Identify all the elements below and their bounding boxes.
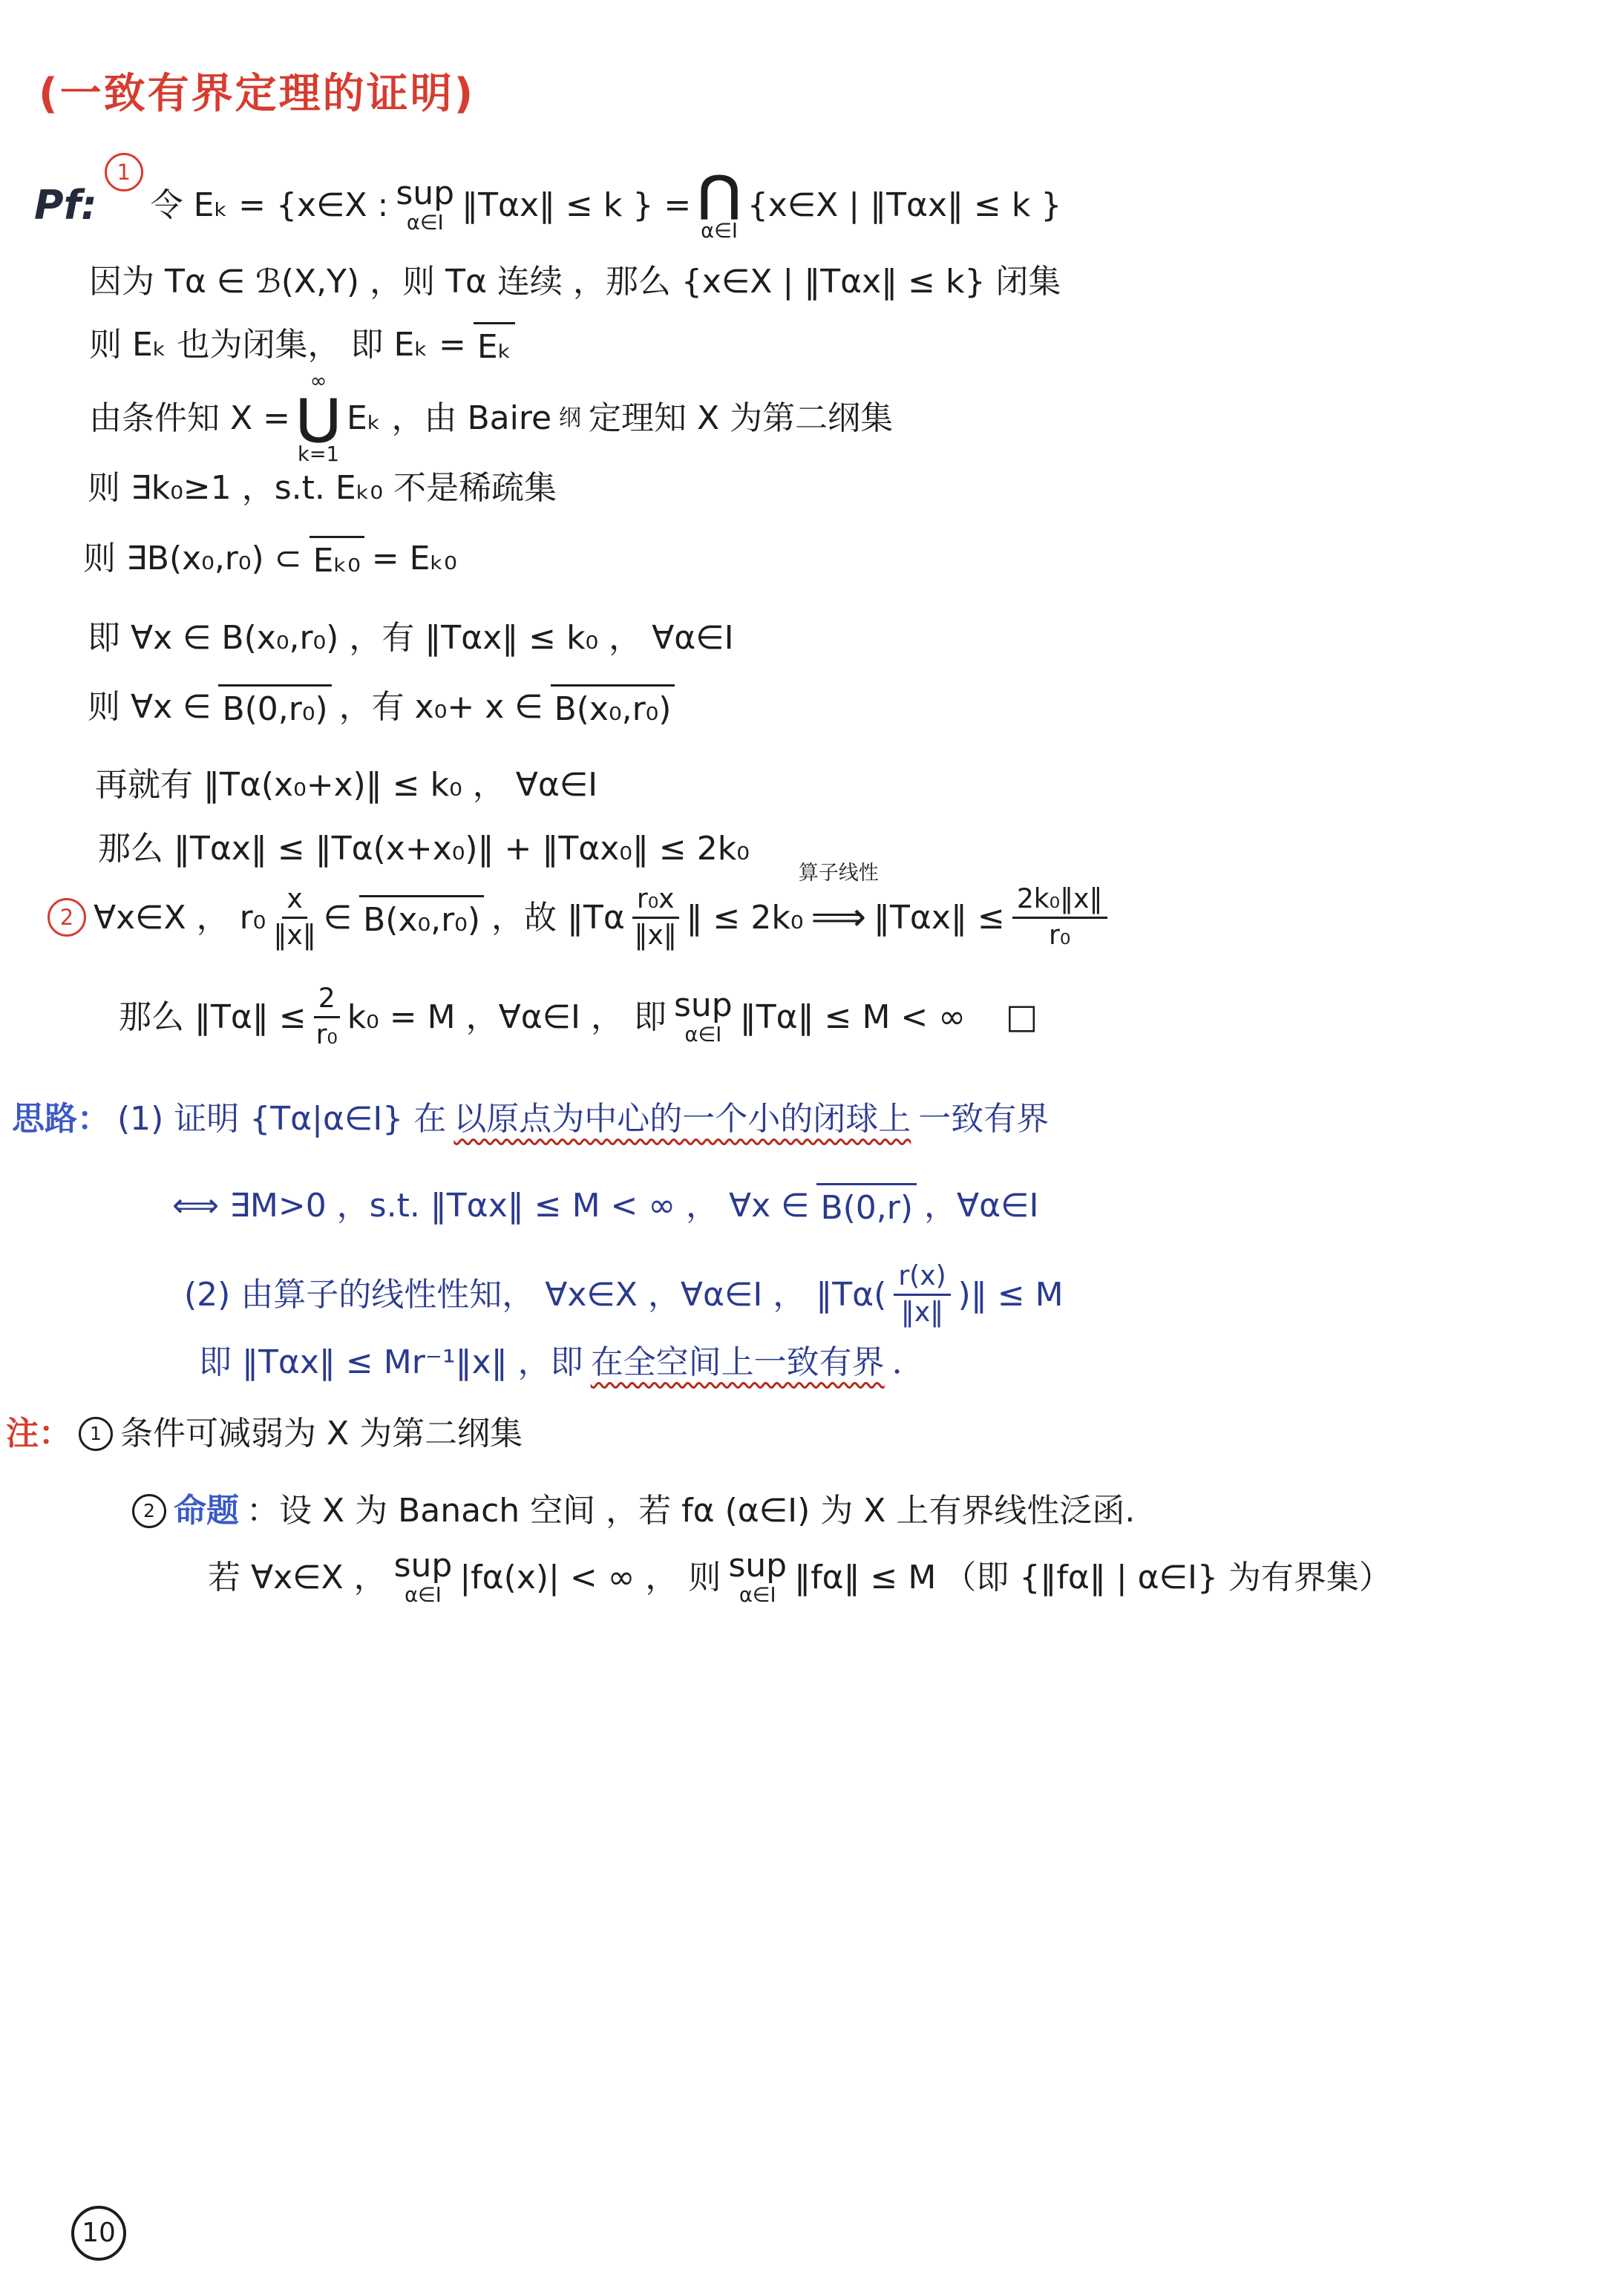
closure-term: B(x₀,r₀)	[359, 895, 484, 940]
proof-line-11: 2 ∀x∈X ， r₀ x ‖x‖ ∈ B(x₀,r₀) ，故 ‖Tα r₀x …	[48, 885, 1107, 950]
math-text: 由条件知 X =	[89, 398, 290, 439]
step-1-badge: 1	[105, 153, 143, 191]
intersection-index: α∈I	[701, 221, 738, 241]
math-text: ∀x∈X ， r₀	[94, 897, 266, 938]
idea-underlined-text: 以原点为中心的一个小的闭球上	[454, 1098, 911, 1139]
math-text: Eₖ ，由 Baire	[347, 398, 551, 439]
title-text: (一致有界定理的证明)	[39, 68, 475, 120]
idea-underlined-text: 在全空间上一致有界	[591, 1342, 885, 1383]
note-1-badge: 1	[79, 1417, 113, 1451]
intersection-symbol: ⋂	[698, 169, 740, 218]
sup-operator: sup α∈I	[728, 1550, 787, 1605]
step-2-badge: 2	[48, 898, 86, 937]
note-2-badge: 2	[132, 1494, 166, 1528]
note-text: |fα(x)| < ∞ ， 则	[459, 1557, 721, 1598]
note-paren-text: （即 {‖fα‖ | α∈I} 为有界集）	[943, 1557, 1392, 1598]
arrow-annotation: 算子线性	[799, 861, 879, 886]
proof-line-9: 再就有 ‖Tα(x₀+x)‖ ≤ k₀ ， ∀α∈I	[95, 764, 597, 805]
math-text: ，有 x₀+ x ∈	[339, 687, 543, 727]
math-text: 则 ∀x ∈	[88, 687, 211, 727]
fraction-numerator: 2k₀‖x‖	[1012, 885, 1107, 919]
fraction-denominator: ‖x‖	[634, 919, 676, 951]
note-line-2: 2 命题 ：设 X 为 Banach 空间 ，若 fα (α∈I) 为 X 上有…	[132, 1490, 1135, 1531]
fraction: 2 r₀	[314, 984, 340, 1049]
math-text: ∈	[324, 897, 352, 938]
math-text: 则 ∃k₀≥1 ，s.t. Eₖ₀ 不是稀疏集	[88, 468, 557, 508]
math-text: ‖Tαx‖ ≤ k } =	[462, 185, 691, 226]
math-text: 那么 ‖Tαx‖ ≤ ‖Tα(x+x₀)‖ + ‖Tαx₀‖ ≤ 2k₀	[98, 828, 750, 869]
sup-index: α∈I	[405, 1585, 442, 1605]
idea-text: (2) 由算子的线性性知， ∀x∈X ，∀α∈I ， ‖Tα(	[184, 1274, 886, 1315]
proof-line-12: 那么 ‖Tα‖ ≤ 2 r₀ k₀ = M ，∀α∈I ， 即 sup α∈I …	[119, 984, 1038, 1049]
math-text: ‖Tαx‖ ≤	[874, 897, 1005, 938]
idea-text: )‖ ≤ M	[958, 1274, 1064, 1315]
proof-line-2: 因为 Tα ∈ ℬ(X,Y) ，则 Tα 连续 ，那么 {x∈X | ‖Tαx‖…	[89, 261, 1061, 302]
sup-word: sup	[394, 1550, 453, 1582]
idea-line-2: ⟺ ∃M>0 ，s.t. ‖Tαx‖ ≤ M < ∞ ， ∀x ∈ B(0,r)…	[172, 1183, 1038, 1228]
fraction-numerator: r(x)	[894, 1262, 950, 1296]
page-title: (一致有界定理的证明)	[39, 68, 475, 120]
idea-text: 即 ‖Tαx‖ ≤ Mr⁻¹‖x‖ ，即	[199, 1342, 583, 1383]
page-number: 10	[71, 2206, 126, 2261]
math-text: ，故 ‖Tα	[491, 897, 625, 938]
note-label: 注：	[6, 1413, 71, 1454]
proof-line-4: 由条件知 X = ∞ ⋃ k=1 Eₖ ，由 Baire 纲 定理知 X 为第二…	[89, 371, 893, 465]
union-symbol: ⋃	[298, 393, 339, 442]
proof-line-10: 那么 ‖Tαx‖ ≤ ‖Tα(x+x₀)‖ + ‖Tαx₀‖ ≤ 2k₀	[98, 828, 750, 869]
math-text: ‖ ≤ 2k₀	[687, 897, 804, 938]
idea-text: 一致有界	[918, 1098, 1049, 1139]
idea-text: (1) 证明 {Tα|α∈I} 在	[117, 1098, 446, 1139]
note-line-3: 若 ∀x∈X ， sup α∈I |fα(x)| < ∞ ， 则 sup α∈I…	[208, 1550, 1392, 1605]
fraction-denominator: r₀	[316, 1018, 338, 1050]
sup-index: α∈I	[739, 1585, 776, 1605]
closure-term: Eₖ₀	[310, 536, 364, 581]
math-text: 则 ∃B(x₀,r₀) ⊂	[83, 538, 302, 579]
proof-label: Pf:	[34, 180, 97, 231]
math-text: 令 Eₖ = {x∈X :	[151, 185, 389, 226]
note-text: 条件可减弱为 X 为第二纲集	[120, 1413, 523, 1454]
note-line-1: 注： 1 条件可减弱为 X 为第二纲集	[6, 1413, 523, 1454]
idea-text: ⟺ ∃M>0 ，s.t. ‖Tαx‖ ≤ M < ∞ ， ∀x ∈	[172, 1185, 809, 1226]
fraction: 2k₀‖x‖ r₀	[1012, 885, 1107, 950]
proof-line-3: 则 Eₖ 也为闭集， 即 Eₖ = Eₖ	[89, 322, 515, 367]
note-text: 若 ∀x∈X ，	[208, 1557, 387, 1598]
proposition-keyword: 命题	[174, 1490, 239, 1531]
implies-arrow: 算子线性 ⟹	[811, 894, 866, 942]
sup-index: α∈I	[684, 1025, 721, 1045]
union-lower-limit: k=1	[298, 445, 339, 465]
idea-line-1: 思路： (1) 证明 {Tα|α∈I} 在 以原点为中心的一个小的闭球上 一致有…	[12, 1098, 1049, 1139]
proof-line-7: 即 ∀x ∈ B(x₀,r₀) ，有 ‖Tαx‖ ≤ k₀ ， ∀α∈I	[88, 617, 734, 658]
idea-label: 思路：	[12, 1098, 110, 1139]
fraction-denominator: ‖x‖	[901, 1296, 943, 1328]
sup-index: α∈I	[407, 213, 444, 233]
idea-text: ．	[892, 1342, 925, 1383]
fraction: r(x) ‖x‖	[894, 1262, 950, 1327]
idea-line-4: 即 ‖Tαx‖ ≤ Mr⁻¹‖x‖ ，即 在全空间上一致有界 ．	[199, 1342, 925, 1383]
proof-line-8: 则 ∀x ∈ B(0,r₀) ，有 x₀+ x ∈ B(x₀,r₀)	[88, 684, 675, 730]
sup-operator: sup α∈I	[396, 177, 454, 233]
sup-operator: sup α∈I	[394, 1550, 453, 1605]
fraction-denominator: r₀	[1049, 919, 1070, 951]
inserted-char: 纲	[559, 404, 581, 432]
math-text: {x∈X | ‖Tαx‖ ≤ k }	[747, 185, 1062, 226]
math-text: = Eₖ₀	[372, 538, 457, 579]
proof-line-5: 则 ∃k₀≥1 ，s.t. Eₖ₀ 不是稀疏集	[88, 468, 557, 508]
math-text: 因为 Tα ∈ ℬ(X,Y) ，则 Tα 连续 ，那么 {x∈X | ‖Tαx‖…	[89, 261, 1061, 302]
sup-word: sup	[728, 1550, 787, 1582]
fraction-numerator: r₀x	[632, 885, 679, 919]
math-text: k₀ = M ，∀α∈I ， 即	[347, 997, 667, 1038]
closure-term: B(x₀,r₀)	[551, 684, 675, 730]
fraction: x ‖x‖	[273, 885, 315, 950]
math-text: 即 ∀x ∈ B(x₀,r₀) ，有 ‖Tαx‖ ≤ k₀ ， ∀α∈I	[88, 617, 734, 658]
page-number-badge: 10	[71, 2206, 126, 2261]
math-text: 那么 ‖Tα‖ ≤	[119, 997, 307, 1038]
math-text: ‖Tα‖ ≤ M < ∞	[740, 997, 966, 1038]
fraction-denominator: ‖x‖	[273, 919, 315, 951]
note-text: ：设 X 为 Banach 空间 ，若 fα (α∈I) 为 X 上有界线性泛函…	[246, 1490, 1135, 1531]
intersection-operator: ⋂ α∈I	[698, 169, 740, 241]
idea-line-3: (2) 由算子的线性性知， ∀x∈X ，∀α∈I ， ‖Tα( r(x) ‖x‖…	[184, 1262, 1064, 1327]
sup-word: sup	[674, 989, 733, 1022]
note-text: ‖fα‖ ≤ M	[794, 1557, 936, 1598]
math-text: 再就有 ‖Tα(x₀+x)‖ ≤ k₀ ， ∀α∈I	[95, 764, 597, 805]
fraction-numerator: 2	[314, 984, 340, 1018]
sup-word: sup	[396, 177, 454, 210]
sup-operator: sup α∈I	[674, 989, 733, 1045]
fraction-numerator: x	[282, 885, 307, 919]
math-text: 定理知 X 为第二纲集	[589, 398, 893, 439]
implies-symbol: ⟹	[811, 895, 866, 940]
closure-term: Eₖ	[474, 322, 516, 367]
qed-box: □	[1006, 995, 1038, 1038]
fraction: r₀x ‖x‖	[632, 885, 679, 950]
math-text: 则 Eₖ 也为闭集， 即 Eₖ =	[89, 324, 466, 365]
union-operator: ∞ ⋃ k=1	[298, 371, 339, 465]
proof-line-1: Pf: 1 令 Eₖ = {x∈X : sup α∈I ‖Tαx‖ ≤ k } …	[34, 169, 1061, 241]
idea-text: ，∀α∈I	[924, 1185, 1038, 1226]
proof-line-6: 则 ∃B(x₀,r₀) ⊂ Eₖ₀ = Eₖ₀	[83, 536, 457, 581]
closure-term: B(0,r)	[816, 1183, 917, 1228]
closure-term: B(0,r₀)	[218, 684, 331, 730]
notes-page: (一致有界定理的证明) Pf: 1 令 Eₖ = {x∈X : sup α∈I …	[0, 0, 1624, 2280]
